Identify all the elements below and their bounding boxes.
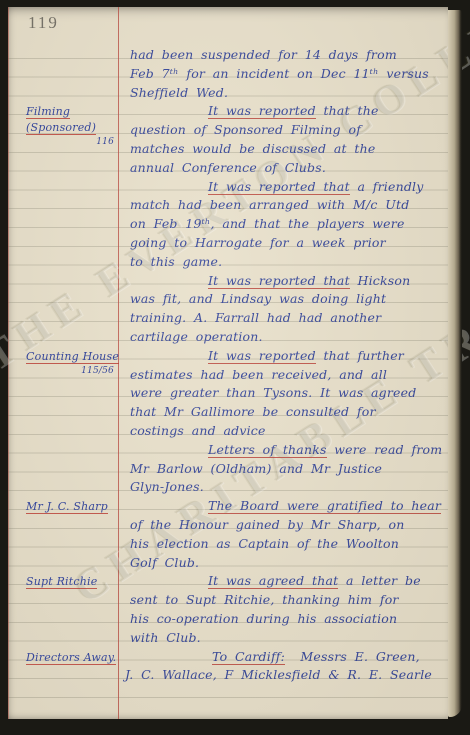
margin-note: Mr J. C. Sharp (26, 499, 122, 515)
margin-note-label: Supt Ritchie (26, 575, 97, 589)
page: THE EVERTON COLLECTION CHARITABLE TRUST … (8, 7, 448, 719)
red-underlined-phrase: It was reported that (208, 273, 350, 289)
body-line-text: Feb 7ᵗʰ for an incident on Dec 11ᵗʰ vers… (130, 66, 429, 81)
body-line-text: question of Sponsored Filming of (130, 122, 361, 137)
page-stack-edge (448, 10, 462, 717)
body-line-text: a letter be (338, 573, 421, 588)
body-line: estimates had been received, and all (130, 366, 452, 385)
body-line: Glyn-Jones. (130, 478, 452, 497)
margin-note-ref: 116 (26, 136, 122, 148)
body-line-text: that the (316, 103, 379, 118)
body-line-text: annual Conference of Clubs. (130, 160, 326, 175)
body-line-text: match had been arranged with M/c Utd (130, 197, 409, 212)
body-line: Letters of thanks were read from (208, 441, 452, 460)
margin-note: Supt Ritchie (26, 574, 122, 590)
body-line: J. C. Wallace, F Micklesfield & R. E. Se… (125, 666, 452, 685)
body-line-text: a friendly (350, 179, 424, 194)
scanned-minute-book-photo: THE EVERTON COLLECTION CHARITABLE TRUST … (0, 0, 470, 735)
body-line-text: Hickson (350, 273, 411, 288)
left-red-rule (8, 7, 9, 719)
body-line: It was reported that Hickson (208, 272, 452, 291)
margin-note-ref: 115/56 (26, 365, 122, 377)
body-line-text: Golf Club. (130, 555, 199, 570)
body-line-text: had been suspended for 14 days from (130, 47, 397, 62)
body-text-block: had been suspended for 14 days fromFeb 7… (130, 46, 452, 685)
body-line-text: Mr Barlow (Oldham) and Mr Justice (130, 461, 382, 476)
body-line: sent to Supt Ritchie, thanking him for (130, 591, 452, 610)
body-line-text: that further (316, 348, 404, 363)
body-line-text: that Mr Gallimore be consulted for (130, 404, 376, 419)
body-line-text: were read from (327, 442, 443, 457)
body-line-text: with Club. (130, 630, 201, 645)
body-line: To Cardiff: Messrs E. Green, (212, 648, 452, 667)
body-line-text: going to Harrogate for a week prior (130, 235, 386, 250)
margin-note: Directors Away. (26, 650, 122, 666)
margin-note: Counting House115/56 (26, 349, 122, 377)
body-line: on Feb 19ᵗʰ, and that the players were (130, 215, 452, 234)
page-number: 119 (28, 13, 59, 33)
body-line: with Club. (130, 629, 452, 648)
body-line-text: Glyn-Jones. (130, 479, 204, 494)
body-line: matches would be discussed at the (130, 140, 452, 159)
body-line: It was reported that a friendly (208, 178, 452, 197)
margin-note-label: Directors Away. (26, 651, 116, 665)
body-line-text: Sheffield Wed. (130, 85, 228, 100)
body-line: Mr Barlow (Oldham) and Mr Justice (130, 460, 452, 479)
body-line-text: on Feb 19ᵗʰ, and that the players were (130, 216, 405, 231)
body-line: his election as Captain of the Woolton (130, 535, 452, 554)
body-line-text: J. C. Wallace, F Micklesfield & R. E. Se… (125, 667, 432, 682)
body-line-text: his co-operation during his association (130, 611, 397, 626)
red-underlined-phrase: The Board were gratified to hear (208, 498, 441, 514)
red-underlined-phrase: Letters of thanks (208, 442, 327, 458)
body-line: Feb 7ᵗʰ for an incident on Dec 11ᵗʰ vers… (130, 65, 452, 84)
margin-note-label: (Sponsored) (26, 121, 96, 135)
body-line: question of Sponsored Filming of (130, 121, 452, 140)
body-line: cartilage operation. (130, 328, 452, 347)
margin-note: Filming(Sponsored)116 (26, 104, 122, 148)
body-line: It was reported that further (208, 347, 452, 366)
margin-note-label: Counting House (26, 350, 119, 364)
body-line: going to Harrogate for a week prior (130, 234, 452, 253)
body-line: It was agreed that a letter be (208, 572, 452, 591)
red-underlined-phrase: It was reported (208, 348, 316, 364)
body-line: that Mr Gallimore be consulted for (130, 403, 452, 422)
body-line-text: were greater than Tysons. It was agreed (130, 385, 416, 400)
body-line-text: cartilage operation. (130, 329, 263, 344)
body-line-text: training. A. Farrall had had another (130, 310, 381, 325)
body-line: his co-operation during his association (130, 610, 452, 629)
body-line: had been suspended for 14 days from (130, 46, 452, 65)
body-line: to this game. (130, 253, 452, 272)
body-line: match had been arranged with M/c Utd (130, 196, 452, 215)
body-line: annual Conference of Clubs. (130, 159, 452, 178)
red-underlined-phrase: To Cardiff: (212, 649, 285, 665)
body-line-text: of the Honour gained by Mr Sharp, on (130, 517, 405, 532)
body-line: were greater than Tysons. It was agreed (130, 384, 452, 403)
body-line: costings and advice (130, 422, 452, 441)
body-line-text: estimates had been received, and all (130, 367, 387, 382)
red-underlined-phrase: It was reported that (208, 179, 350, 195)
body-line-text: matches would be discussed at the (130, 141, 375, 156)
body-line: of the Honour gained by Mr Sharp, on (130, 516, 452, 535)
body-line-text: was fit, and Lindsay was doing light (130, 291, 386, 306)
body-line-text: costings and advice (130, 423, 266, 438)
body-line-text: Messrs E. Green, (285, 649, 420, 664)
body-line: It was reported that the (208, 102, 452, 121)
body-line: was fit, and Lindsay was doing light (130, 290, 452, 309)
body-line-text: to this game. (130, 254, 222, 269)
red-underlined-phrase: It was agreed that (208, 573, 338, 589)
body-line: Golf Club. (130, 554, 452, 573)
body-line-text: his election as Captain of the Woolton (130, 536, 399, 551)
body-line: training. A. Farrall had had another (130, 309, 452, 328)
red-underlined-phrase: It was reported (208, 103, 316, 119)
body-line: Sheffield Wed. (130, 84, 452, 103)
body-line: The Board were gratified to hear (208, 497, 452, 516)
margin-note-label: Filming (26, 105, 70, 119)
margin-note-label: Mr J. C. Sharp (26, 500, 108, 514)
body-line-text: sent to Supt Ritchie, thanking him for (130, 592, 399, 607)
